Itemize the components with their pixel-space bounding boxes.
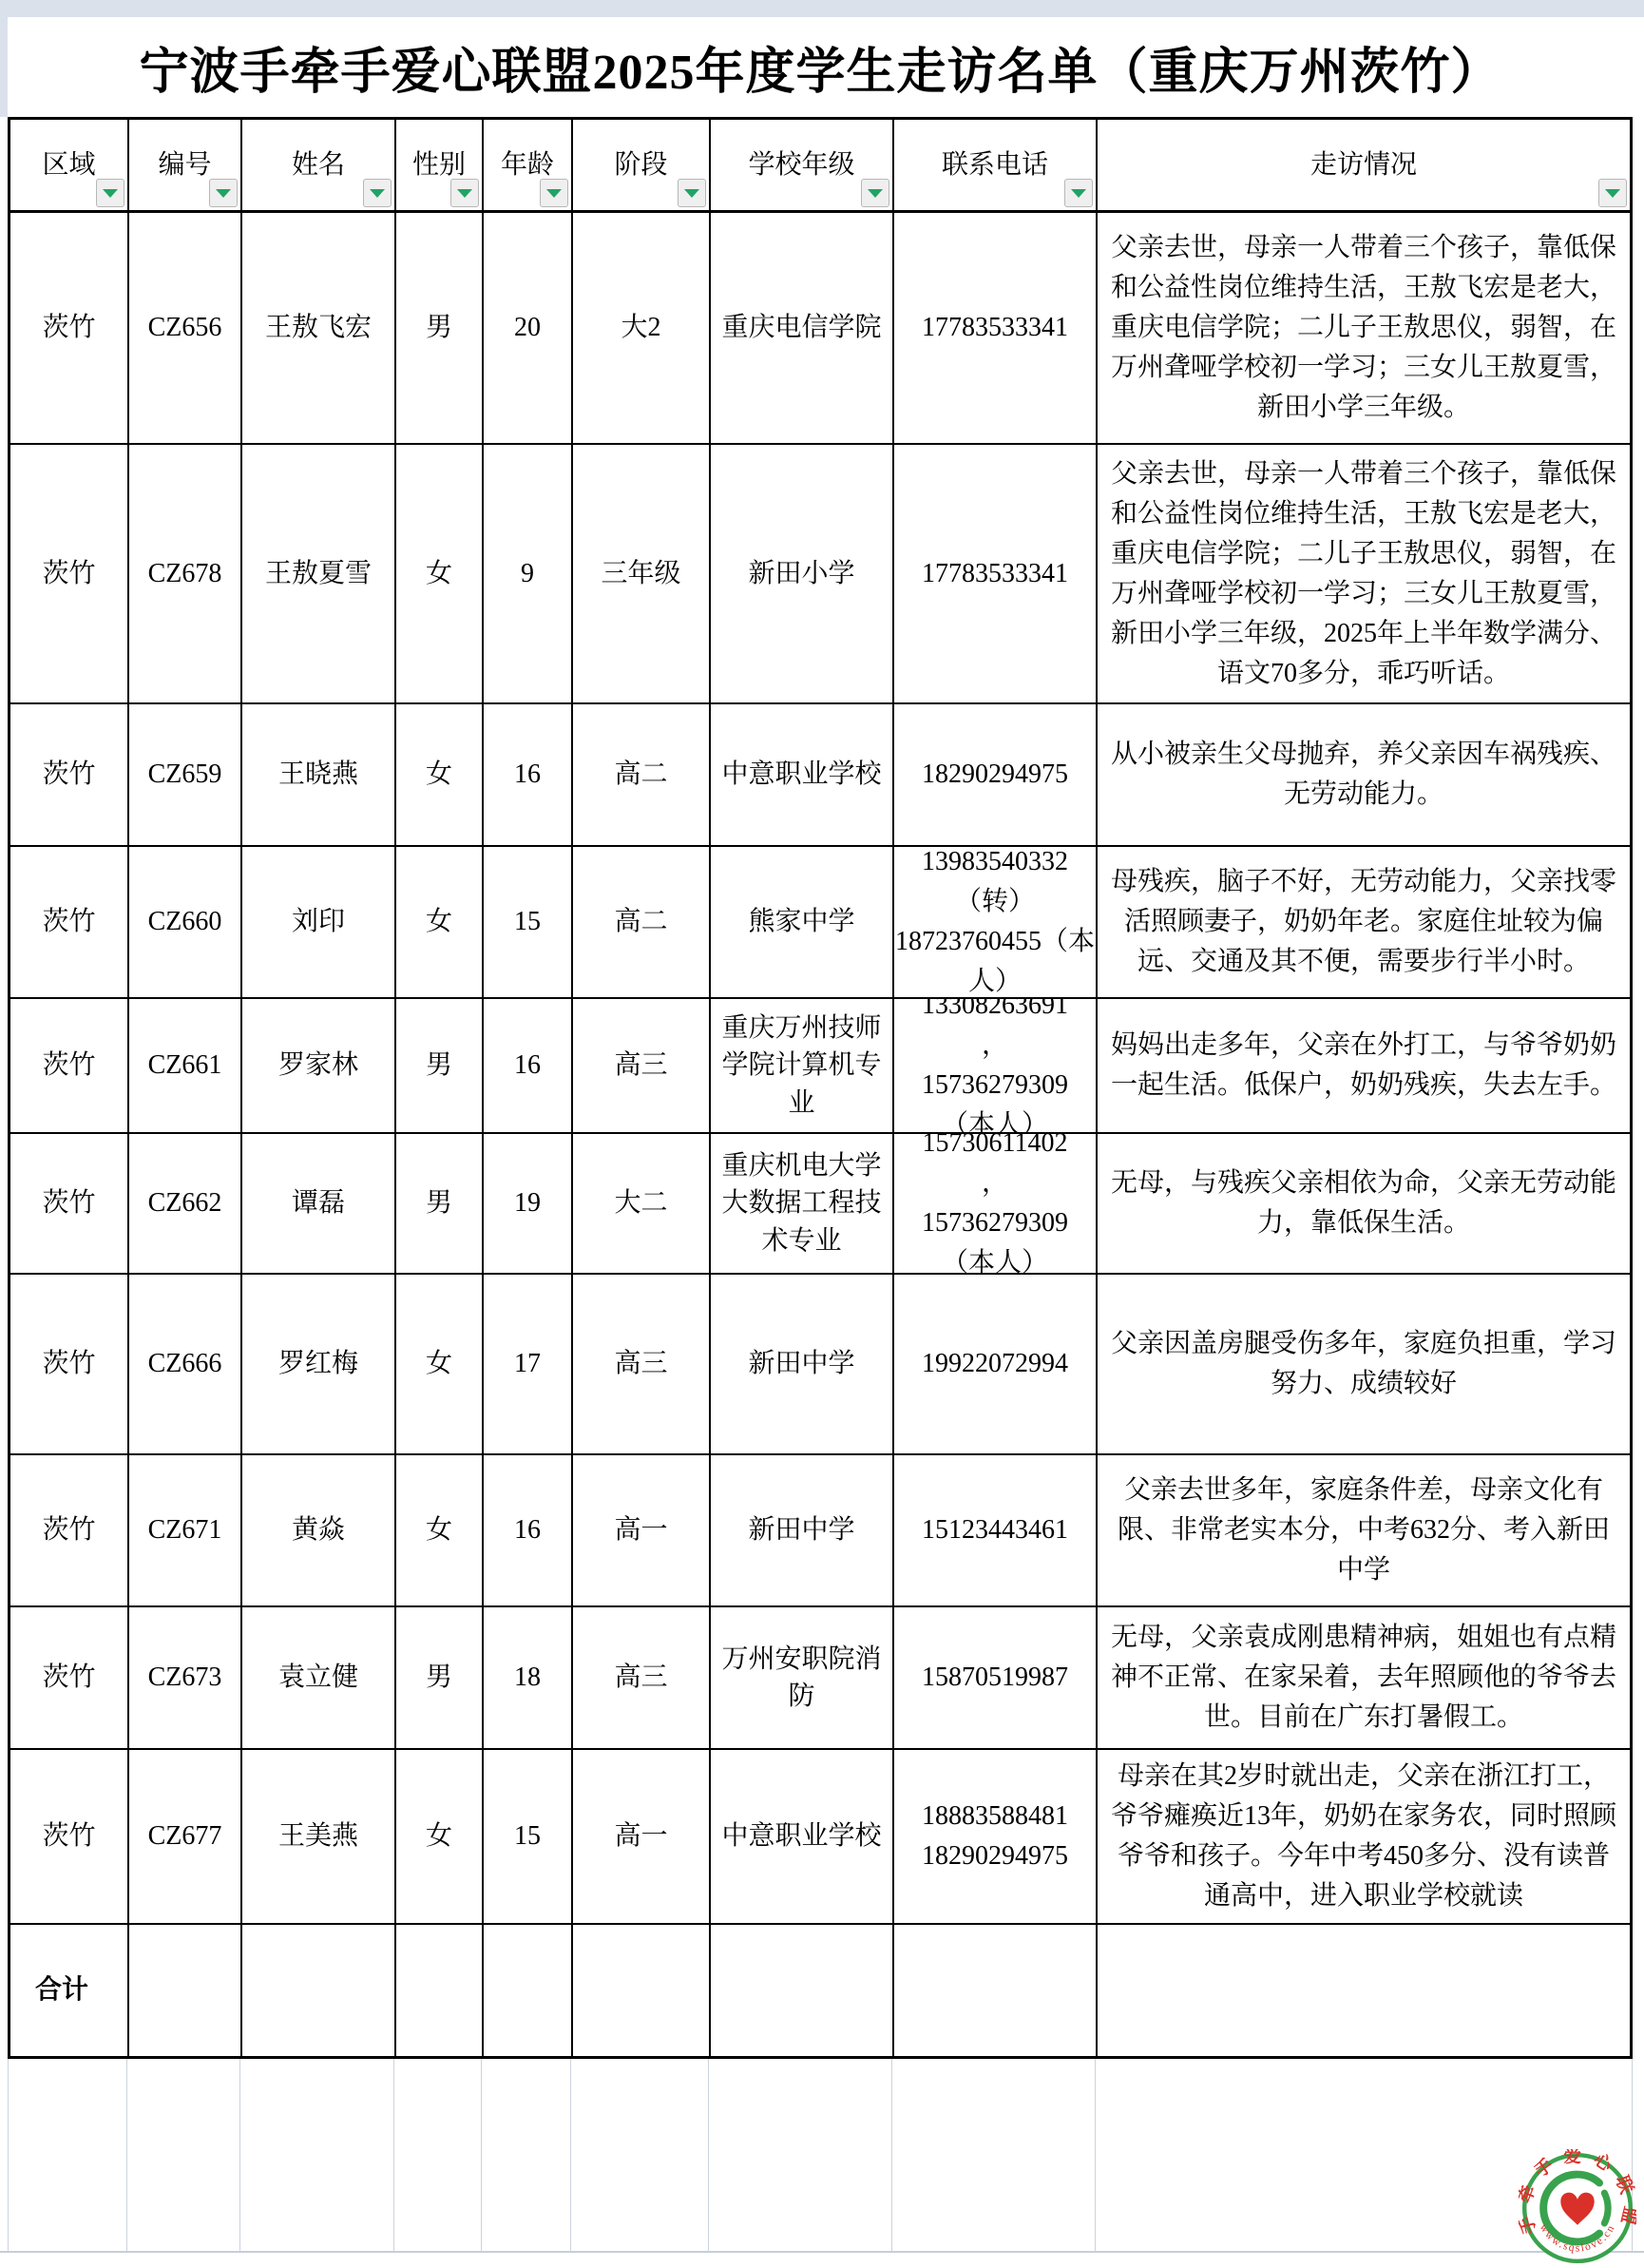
- filter-arrow-icon: [457, 189, 472, 198]
- column-header-remark: 走访情况: [1098, 120, 1630, 210]
- cell-gender: 男: [396, 999, 484, 1132]
- cell-phone: 18290294975: [894, 704, 1098, 845]
- empty-cell: [129, 1925, 242, 2056]
- cell-region: 茨竹: [10, 1134, 129, 1273]
- cell-phone: 13308263691 ， 15736279309 （本人）: [894, 999, 1098, 1132]
- cell-age: 16: [484, 704, 573, 845]
- cell-school: 新田小学: [711, 445, 894, 702]
- total-row: 合计: [10, 1925, 1630, 2056]
- cell-phone: 15730611402 ， 15736279309 （本人）: [894, 1134, 1098, 1273]
- cell-remark: 父亲因盖房腿受伤多年，家庭负担重，学习努力、成绩较好: [1098, 1275, 1630, 1453]
- filter-arrow-icon: [684, 189, 699, 198]
- cell-name: 谭磊: [242, 1134, 396, 1273]
- cell-name: 刘印: [242, 847, 396, 997]
- column-header-age: 年龄: [484, 120, 573, 210]
- cell-stage: 大二: [573, 1134, 711, 1273]
- cell-gender: 男: [396, 1607, 484, 1748]
- page-title: 宁波手牵手爱心联盟2025年度学生走访名单（重庆万州茨竹）: [8, 17, 1633, 117]
- cell-age: 16: [484, 999, 573, 1132]
- cell-stage: 大2: [573, 213, 711, 443]
- cell-code: CZ659: [129, 704, 242, 845]
- cell-gender: 女: [396, 445, 484, 702]
- cell-remark: 父亲去世，母亲一人带着三个孩子，靠低保和公益性岗位维持生活，王敖飞宏是老大，重庆…: [1098, 213, 1630, 443]
- cell-phone: 18883588481 18290294975: [894, 1750, 1098, 1923]
- cell-stage: 高三: [573, 999, 711, 1132]
- cell-stage: 高三: [573, 1275, 711, 1453]
- filter-arrow-icon: [103, 189, 118, 198]
- cell-region: 茨竹: [10, 213, 129, 443]
- filter-arrow-icon: [370, 189, 385, 198]
- empty-cell: [484, 1925, 573, 2056]
- cell-name: 王晓燕: [242, 704, 396, 845]
- cell-region: 茨竹: [10, 847, 129, 997]
- cell-region: 茨竹: [10, 1455, 129, 1605]
- cell-remark: 无母，与残疾父亲相依为命，父亲无劳动能力，靠低保生活。: [1098, 1134, 1630, 1273]
- spreadsheet-canvas: 宁波手牵手爱心联盟2025年度学生走访名单（重庆万州茨竹） 区域 编号 姓名 性…: [0, 0, 1644, 2268]
- cell-gender: 女: [396, 847, 484, 997]
- cell-school: 万州安职院消防: [711, 1607, 894, 1748]
- empty-cell: [711, 1925, 894, 2056]
- cell-school: 新田中学: [711, 1455, 894, 1605]
- column-header-phone: 联系电话: [894, 120, 1098, 210]
- table-row: 茨竹 CZ671 黄焱 女 16 高一 新田中学 15123443461 父亲去…: [10, 1455, 1630, 1607]
- cell-phone: 17783533341: [894, 213, 1098, 443]
- cell-age: 9: [484, 445, 573, 702]
- cell-name: 黄焱: [242, 1455, 396, 1605]
- cell-phone: 19922072994: [894, 1275, 1098, 1453]
- table-row: 茨竹 CZ678 王敖夏雪 女 9 三年级 新田小学 17783533341 父…: [10, 445, 1630, 704]
- cell-school: 重庆机电大学大数据工程技术专业: [711, 1134, 894, 1273]
- table-row: 茨竹 CZ660 刘印 女 15 高二 熊家中学 13983540332 （转）…: [10, 847, 1630, 999]
- column-header-gender: 性别: [396, 120, 484, 210]
- empty-cell: [1098, 1925, 1630, 2056]
- cell-remark: 从小被亲生父母抛弃，养父亲因车祸残疾、无劳动能力。: [1098, 704, 1630, 845]
- sheet-margin-top: [0, 0, 1644, 17]
- cell-remark: 母亲在其2岁时就出走，父亲在浙江打工，爷爷瘫痪近13年，奶奶在家务农，同时照顾爷…: [1098, 1750, 1630, 1923]
- cell-remark: 母残疾，脑子不好，无劳动能力，父亲找零活照顾妻子，奶奶年老。家庭住址较为偏远、交…: [1098, 847, 1630, 997]
- cell-age: 18: [484, 1607, 573, 1748]
- cell-name: 袁立健: [242, 1607, 396, 1748]
- cell-gender: 女: [396, 1750, 484, 1923]
- cell-stage: 高三: [573, 1607, 711, 1748]
- filter-button-phone[interactable]: [1064, 179, 1093, 207]
- empty-sheet-gridlines: [8, 2059, 1633, 2251]
- table-row: 茨竹 CZ661 罗家林 男 16 高三 重庆万州技师学院计算机专业 13308…: [10, 999, 1630, 1134]
- column-header-code: 编号: [129, 120, 242, 210]
- filter-button-remark[interactable]: [1598, 179, 1627, 207]
- cell-phone: 17783533341: [894, 445, 1098, 702]
- empty-cell: [573, 1925, 711, 2056]
- column-header-stage: 阶段: [573, 120, 711, 210]
- cell-gender: 女: [396, 1275, 484, 1453]
- charity-logo-stamp: 手牵手爱心联盟 www.sqslove.cn: [1519, 2149, 1636, 2267]
- filter-arrow-icon: [1071, 189, 1086, 198]
- cell-stage: 高一: [573, 1455, 711, 1605]
- cell-phone: 13983540332 （转） 18723760455（本人）: [894, 847, 1098, 997]
- table-row: 茨竹 CZ662 谭磊 男 19 大二 重庆机电大学大数据工程技术专业 1573…: [10, 1134, 1630, 1275]
- hands-icon: [1604, 2193, 1608, 2223]
- cell-name: 王美燕: [242, 1750, 396, 1923]
- cell-school: 重庆电信学院: [711, 213, 894, 443]
- cell-name: 罗红梅: [242, 1275, 396, 1453]
- filter-button-school[interactable]: [861, 179, 889, 207]
- cell-region: 茨竹: [10, 704, 129, 845]
- filter-arrow-icon: [546, 189, 562, 198]
- filter-button-stage[interactable]: [678, 179, 706, 207]
- table-row: 茨竹 CZ666 罗红梅 女 17 高三 新田中学 19922072994 父亲…: [10, 1275, 1630, 1455]
- cell-gender: 女: [396, 1455, 484, 1605]
- cell-gender: 男: [396, 1134, 484, 1273]
- filter-button-code[interactable]: [209, 179, 238, 207]
- cell-school: 中意职业学校: [711, 704, 894, 845]
- cell-region: 茨竹: [10, 1607, 129, 1748]
- cell-remark: 父亲去世，母亲一人带着三个孩子，靠低保和公益性岗位维持生活，王敖飞宏是老大，重庆…: [1098, 445, 1630, 702]
- filter-button-region[interactable]: [96, 179, 124, 207]
- cell-name: 王敖飞宏: [242, 213, 396, 443]
- cell-stage: 高二: [573, 704, 711, 845]
- cell-age: 17: [484, 1275, 573, 1453]
- cell-region: 茨竹: [10, 445, 129, 702]
- cell-phone: 15123443461: [894, 1455, 1098, 1605]
- cell-school: 中意职业学校: [711, 1750, 894, 1923]
- cell-remark: 妈妈出走多年，父亲在外打工，与爷爷奶奶一起生活。低保户，奶奶残疾，失去左手。: [1098, 999, 1630, 1132]
- column-header-name: 姓名: [242, 120, 396, 210]
- filter-arrow-icon: [868, 189, 883, 198]
- cell-region: 茨竹: [10, 1750, 129, 1923]
- empty-cell: [242, 1925, 396, 2056]
- column-header-region: 区域: [10, 120, 129, 210]
- filter-button-gender[interactable]: [450, 179, 479, 207]
- filter-arrow-icon: [1605, 189, 1620, 198]
- cell-age: 15: [484, 847, 573, 997]
- cell-code: CZ673: [129, 1607, 242, 1748]
- cell-name: 罗家林: [242, 999, 396, 1132]
- cell-phone: 15870519987: [894, 1607, 1098, 1748]
- cell-region: 茨竹: [10, 999, 129, 1132]
- total-label-cell: 合计: [10, 1925, 129, 2056]
- cell-gender: 男: [396, 213, 484, 443]
- cell-code: CZ661: [129, 999, 242, 1132]
- cell-code: CZ660: [129, 847, 242, 997]
- sheet-margin-left: [0, 17, 8, 117]
- cell-code: CZ678: [129, 445, 242, 702]
- sheet-gridline: [0, 2251, 1644, 2253]
- table-row: 茨竹 CZ659 王晓燕 女 16 高二 中意职业学校 18290294975 …: [10, 704, 1630, 847]
- cell-code: CZ677: [129, 1750, 242, 1923]
- empty-cell: [396, 1925, 484, 2056]
- table-header-row: 区域 编号 姓名 性别 年龄 阶段: [10, 120, 1630, 213]
- cell-region: 茨竹: [10, 1275, 129, 1453]
- cell-remark: 无母，父亲袁成刚患精神病，姐姐也有点精神不正常、在家呆着，去年照顾他的爷爷去世。…: [1098, 1607, 1630, 1748]
- cell-gender: 女: [396, 704, 484, 845]
- filter-arrow-icon: [216, 189, 231, 198]
- cell-age: 19: [484, 1134, 573, 1273]
- table-row: 茨竹 CZ673 袁立健 男 18 高三 万州安职院消防 15870519987…: [10, 1607, 1630, 1750]
- cell-code: CZ671: [129, 1455, 242, 1605]
- cell-remark: 父亲去世多年，家庭条件差，母亲文化有限、非常老实本分，中考632分、考入新田中学: [1098, 1455, 1630, 1605]
- cell-age: 16: [484, 1455, 573, 1605]
- cell-school: 熊家中学: [711, 847, 894, 997]
- cell-stage: 高二: [573, 847, 711, 997]
- cell-school: 重庆万州技师学院计算机专业: [711, 999, 894, 1132]
- cell-code: CZ666: [129, 1275, 242, 1453]
- cell-stage: 三年级: [573, 445, 711, 702]
- filter-button-name[interactable]: [363, 179, 392, 207]
- cell-school: 新田中学: [711, 1275, 894, 1453]
- cell-code: CZ656: [129, 213, 242, 443]
- cell-code: CZ662: [129, 1134, 242, 1273]
- cell-age: 20: [484, 213, 573, 443]
- filter-button-age[interactable]: [540, 179, 568, 207]
- cell-age: 15: [484, 1750, 573, 1923]
- student-visit-table: 区域 编号 姓名 性别 年龄 阶段: [8, 117, 1633, 2059]
- cell-stage: 高一: [573, 1750, 711, 1923]
- cell-name: 王敖夏雪: [242, 445, 396, 702]
- empty-cell: [894, 1925, 1098, 2056]
- column-header-school: 学校年级: [711, 120, 894, 210]
- table-row: 茨竹 CZ656 王敖飞宏 男 20 大2 重庆电信学院 17783533341…: [10, 213, 1630, 445]
- table-row: 茨竹 CZ677 王美燕 女 15 高一 中意职业学校 18883588481 …: [10, 1750, 1630, 1925]
